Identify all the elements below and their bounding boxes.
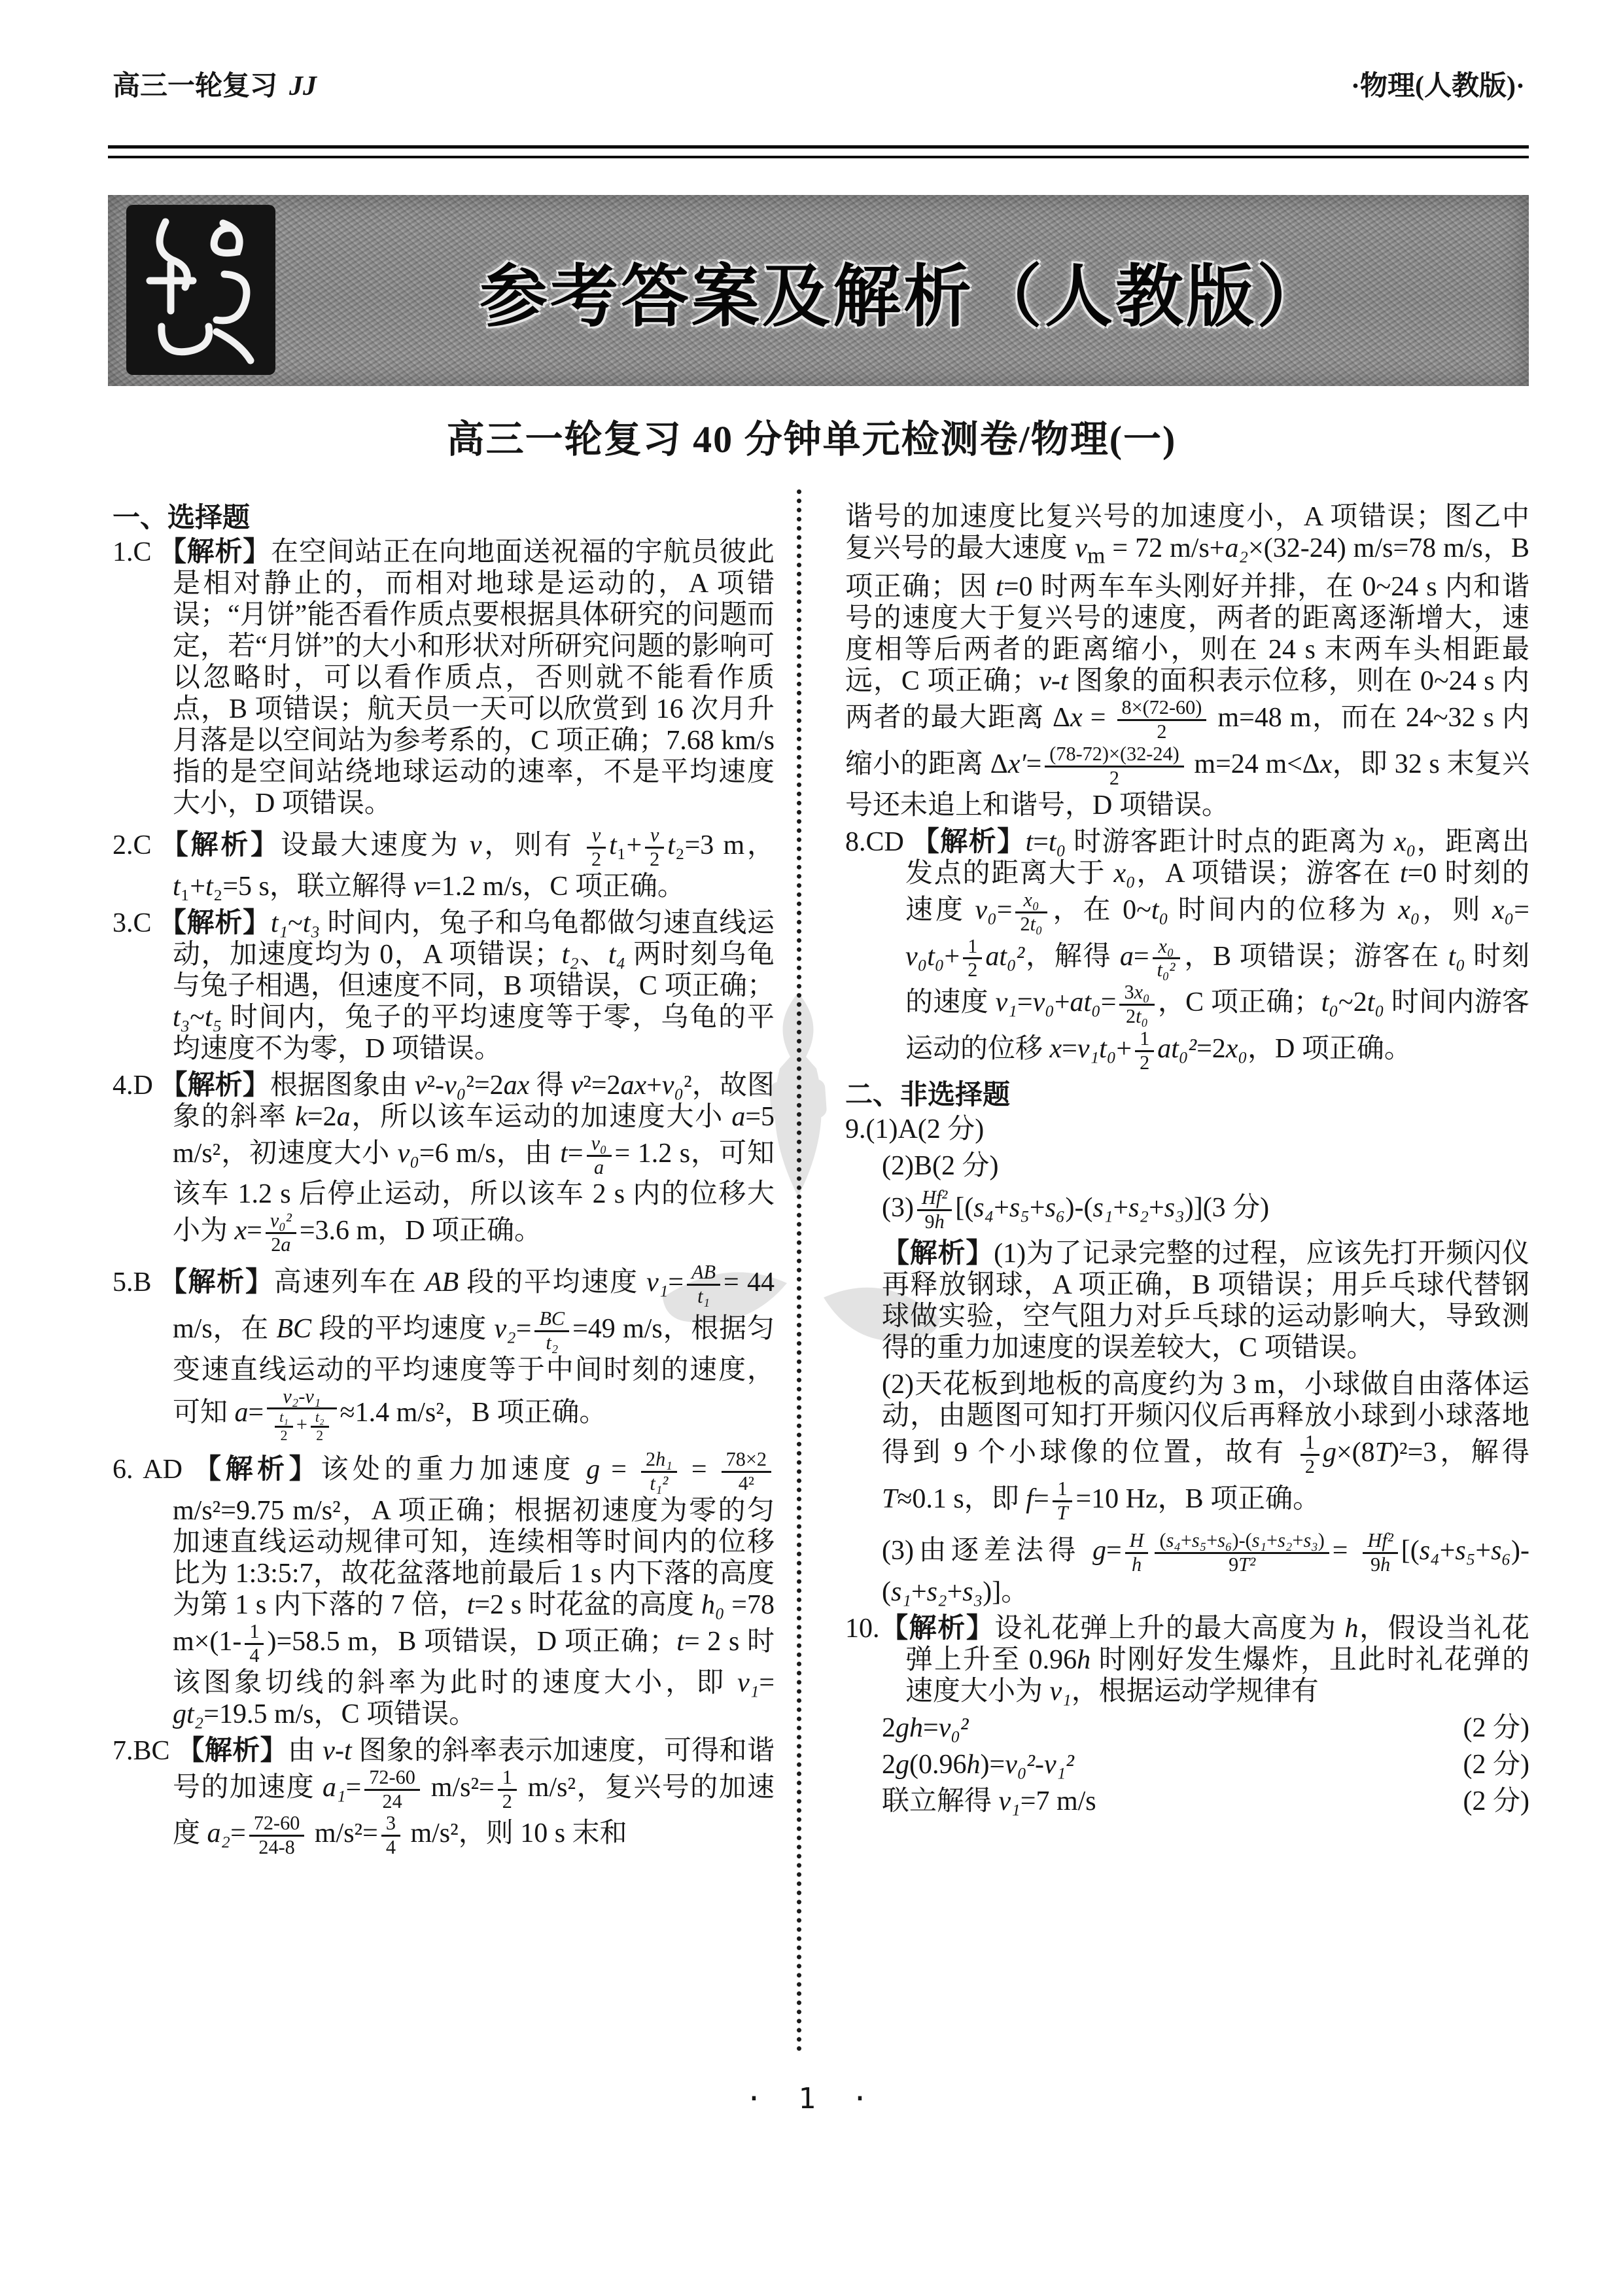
math-variable: h (967, 1750, 981, 1780)
math-variable: t₄ (608, 940, 625, 970)
math-variable: s₄ (1420, 1536, 1440, 1566)
math-fraction: 1T (1053, 1478, 1073, 1525)
math-variable: a (594, 1156, 604, 1178)
math-fraction: t₂2 (311, 1409, 329, 1443)
math-variable: T (882, 1484, 897, 1514)
math-variable: a (281, 1233, 290, 1256)
math-variable: gh (896, 1713, 923, 1743)
math-variable: t (1026, 827, 1034, 857)
math-variable: t₀ (1151, 895, 1168, 925)
math-variable: x₀ (1159, 935, 1174, 957)
answer-item-7-continued: 谐号的加速度比复兴号的加速度小，A 项错误；图乙中复兴号的最大速度 vm = 7… (845, 501, 1529, 821)
math-fraction: v₀²2a (266, 1210, 296, 1256)
math-variable: t₃ (173, 1002, 190, 1033)
math-variable: v₀ (975, 895, 997, 925)
right-column: 谐号的加速度比复兴号的加速度小，A 项错误；图乙中复兴号的最大速度 vm = 7… (845, 501, 1529, 1822)
answer-item-9-2: (2)B(2 分) (845, 1150, 1529, 1182)
math-variable: at₀² (1157, 1034, 1196, 1064)
math-variable: x₀ (1394, 827, 1416, 857)
math-variable: v (1075, 533, 1087, 563)
math-variable: t₀² (1157, 959, 1176, 981)
math-variable: v₁ (646, 1267, 668, 1298)
math-variable: T² (1238, 1553, 1255, 1576)
math-variable: x₀ (1024, 889, 1039, 911)
math-variable: s₄ (973, 1193, 994, 1223)
math-variable: v₂ (495, 1314, 516, 1344)
math-variable: x₀ (1492, 895, 1514, 925)
math-variable: v (323, 1736, 335, 1766)
math-fraction: v₀a (587, 1133, 612, 1179)
math-variable: t (1060, 666, 1068, 696)
math-variable: a₁ (323, 1773, 346, 1803)
math-variable: v₀ (398, 1139, 419, 1169)
math-variable: at₀² (985, 942, 1024, 972)
math-variable: t (676, 1627, 684, 1657)
answer-item-4: 4.D 【解析】根据图象由 v²-v₀²=2ax 得 v²=2ax+v₀²，故图… (113, 1070, 775, 1256)
math-variable: v₀ (662, 1070, 684, 1101)
explain-marker: 【解析】 (177, 1736, 288, 1766)
math-variable: ax (621, 1070, 647, 1101)
math-variable: t₀ (1321, 987, 1338, 1017)
left-column: 一、选择题1.C 【解析】在空间站正在向地面送祝福的宇航员彼此是相对静止的，而相… (113, 501, 775, 1864)
math-variable: v₀ (444, 1070, 466, 1101)
answer-item-10-eq-3: (2 分)联立解得 v₁=7 m/s (845, 1786, 1529, 1817)
math-variable: s₂ (1278, 1529, 1292, 1551)
math-variable: x (1070, 703, 1083, 733)
math-variable: ax (504, 1070, 530, 1101)
math-fraction: x₀t₀² (1153, 936, 1180, 982)
math-variable: s₁ (1252, 1529, 1266, 1551)
math-fraction: 14 (245, 1621, 264, 1667)
math-variable: s₃ (962, 1577, 983, 1607)
math-variable: a (337, 1102, 351, 1132)
math-variable: h₁ (655, 1448, 672, 1470)
math-variable: v (415, 1070, 427, 1101)
math-variable: v (571, 1070, 584, 1101)
math-variable: v₁ (1050, 1676, 1072, 1706)
math-variable: a (1120, 942, 1134, 972)
section-heading: 一、选择题 (113, 503, 775, 534)
math-fraction: Hf²9h (1363, 1530, 1397, 1576)
math-variable: a₂ (1225, 533, 1248, 563)
math-variable: T (1057, 1502, 1068, 1524)
banner-title: 参考答案及解析（人教版） (298, 195, 1509, 386)
math-variable: k (295, 1102, 307, 1132)
math-variable: t₂ (546, 1332, 558, 1354)
math-variable: h (1380, 1553, 1390, 1576)
math-fraction: x₀2t₀ (1015, 889, 1047, 936)
math-variable: v (1039, 666, 1051, 696)
math-variable: t (996, 572, 1003, 602)
answer-item-10: 10.【解析】设礼花弹上升的最大高度为 h，假设当礼花弹上升至 0.96h 时刚… (845, 1613, 1529, 1707)
math-variable: h₀ (701, 1590, 725, 1620)
page-number: · 1 · (0, 2082, 1623, 2115)
math-fraction: BCt₂ (534, 1308, 569, 1354)
math-variable: t (205, 872, 213, 902)
score-label: (2 分) (1463, 1786, 1529, 1817)
math-variable: x (235, 1216, 247, 1246)
explain-marker: 【解析】 (912, 827, 1026, 857)
answer-item-7: 7.BC 【解析】由 v-t 图象的斜率表示加速度，可得和谐号的加速度 a₁=7… (113, 1735, 775, 1859)
math-variable: h (1077, 1645, 1091, 1675)
paper-subtitle: 高三一轮复习 40 分钟单元检测卷/物理(一) (0, 408, 1623, 463)
math-fraction: 2h₁t₁² (641, 1449, 677, 1495)
math-variable: s₆ (1491, 1536, 1511, 1566)
math-variable: v₁ (305, 1385, 321, 1407)
math-variable: t₀ (1030, 913, 1043, 935)
math-variable: v₁ (996, 987, 1017, 1017)
math-fraction: (78-72)×(32-24)2 (1045, 743, 1183, 790)
answer-item-6: 6. AD 【解析】该处的重力加速度 g = 2h₁t₁² = 78×24² m… (113, 1449, 775, 1729)
math-variable: T (1375, 1438, 1390, 1468)
math-variable: v₀² (1005, 1750, 1035, 1780)
answer-item-2: 2.C 【解析】设最大速度为 v，则有 v2t₁+v2t₂=3 m，t₁+t₂=… (113, 824, 775, 902)
math-variable: t (609, 830, 617, 860)
math-variable: s₁ (1092, 1193, 1113, 1223)
math-fraction: v2 (645, 824, 664, 871)
title-banner: 参考答案及解析（人教版） (108, 195, 1529, 386)
header-left-title: 高三一轮复习 (113, 71, 277, 101)
math-variable: H (1130, 1529, 1144, 1551)
header-right: ·物理(人教版)· (1351, 64, 1525, 103)
math-variable: v₁ (737, 1668, 759, 1698)
math-variable: t₁ (279, 1409, 288, 1425)
math-fraction: 78×24² (722, 1449, 771, 1495)
explain-marker: 【解析】 (160, 1267, 274, 1298)
math-variable: t₁² (650, 1472, 668, 1494)
answer-item-1: 1.C 【解析】在空间站正在向地面送祝福的宇航员彼此是相对静止的，而相对地球是运… (113, 537, 775, 819)
column-divider (797, 489, 801, 2052)
math-variable: BC (276, 1314, 311, 1344)
math-variable: s₅ (1192, 1529, 1206, 1551)
math-variable: x₀ (1398, 895, 1420, 925)
math-variable: gt₂ (173, 1699, 203, 1729)
math-variable: v₀² (270, 1209, 292, 1231)
math-variable: s₂ (927, 1577, 947, 1607)
math-variable: x₀ (1226, 1034, 1248, 1064)
math-variable: t₀ (1367, 987, 1384, 1017)
math-fraction: 72-6024-8 (249, 1812, 305, 1859)
math-fraction: 12 (963, 936, 982, 982)
page-header: 高三一轮复习JJ ·物理(人教版)· (113, 64, 1525, 103)
math-fraction: (s₄+s₅+s₆)-(s₁+s₂+s₃)9T² (1155, 1530, 1329, 1576)
math-variable: t (1400, 858, 1408, 889)
math-variable: v₀t₀ (905, 942, 945, 972)
math-variable: t₂ (562, 940, 579, 970)
math-variable: t₃ (303, 908, 320, 938)
math-variable: x (1050, 1034, 1062, 1064)
score-label: (2 分) (1463, 1749, 1529, 1780)
math-variable: v (650, 824, 659, 846)
math-fraction: Hf²9h (917, 1187, 952, 1233)
math-fraction: 3x₀2t₀ (1119, 981, 1154, 1028)
math-variable: v₀² (939, 1713, 969, 1743)
answer-item-3: 3.C 【解析】t₁~t₃ 时间内，兔子和乌龟都做匀速直线运动，加速度均为 0，… (113, 908, 775, 1065)
math-variable: h (1132, 1553, 1142, 1576)
math-variable: at₀ (1070, 987, 1101, 1017)
math-variable: v (413, 872, 426, 902)
math-variable: s₁ (891, 1577, 911, 1607)
math-variable: f (1026, 1484, 1034, 1514)
explain-marker: 【解析】 (159, 908, 271, 938)
math-variable: h (935, 1210, 945, 1233)
math-variable: v₂ (283, 1385, 298, 1407)
math-variable: t₀ (1136, 1005, 1148, 1027)
section-heading: 二、非选择题 (845, 1080, 1529, 1111)
explain-marker: 【解析】 (159, 537, 271, 567)
answer-item-9-explain-1: 【解析】(1)为了记录完整的过程，应该先打开频闪仪再释放钢球，A 项正确，B 项… (845, 1238, 1529, 1364)
math-variable: s₅ (1455, 1536, 1475, 1566)
math-variable: AB (691, 1261, 716, 1283)
math-variable: g (586, 1455, 600, 1485)
math-fraction: 72-6024 (364, 1767, 420, 1813)
math-variable: h (1344, 1614, 1358, 1644)
math-variable: s₆ (1217, 1529, 1232, 1551)
math-variable: v₀ (591, 1132, 607, 1154)
math-variable: t (344, 1736, 352, 1766)
math-variable: v₁² (1044, 1750, 1074, 1780)
math-variable: t₁ (697, 1285, 710, 1307)
math-variable: g (1323, 1438, 1336, 1468)
score-label: (2 分) (1463, 1712, 1529, 1744)
math-variable: Hf² (922, 1186, 947, 1209)
header-double-rule (108, 145, 1529, 158)
answer-key-page: 高三一轮复习JJ ·物理(人教版)· 参考答案及解析（人教版） 高三一轮复习 4… (0, 0, 1623, 2296)
answer-item-9-explain-3: (3)由逐差法得 g=Hh(s₄+s₅+s₆)-(s₁+s₂+s₃)9T²= H… (845, 1530, 1529, 1608)
answer-item-9-explain-2: (2)天花板到地板的高度约为 3 m，小球做自由落体运动，由题图可知打开频闪仪后… (845, 1369, 1529, 1524)
math-variable: v₁t₀ (1077, 1034, 1117, 1064)
math-fraction: 8×(72-60)2 (1117, 697, 1207, 743)
math-fraction: 12 (1300, 1432, 1319, 1478)
math-variable: s₅ (1009, 1193, 1030, 1223)
math-variable: s₄ (1166, 1529, 1181, 1551)
math-variable: a (235, 1398, 249, 1428)
math-variable: x₀ (1134, 981, 1150, 1003)
math-variable: v (592, 824, 601, 846)
explain-marker: 【解析】 (880, 1614, 995, 1644)
answer-item-9-3: (3)Hf²9h[(s₄+s₅+s₆)-(s₁+s₂+s₃)](3 分) (845, 1187, 1529, 1233)
math-variable: a (731, 1102, 745, 1132)
header-left: 高三一轮复习JJ (113, 64, 317, 103)
math-variable: t (560, 1139, 568, 1169)
math-variable: t₁ (271, 908, 288, 938)
math-variable: t₀ (1049, 827, 1066, 857)
math-variable: s₂ (1128, 1193, 1149, 1223)
math-variable: t (467, 1590, 475, 1620)
math-variable: v₀ (1033, 987, 1055, 1017)
math-variable: v (470, 830, 482, 860)
math-variable: t₂ (315, 1409, 324, 1425)
math-variable: x (1320, 749, 1333, 779)
explain-marker: 【解析】 (161, 830, 281, 860)
math-fraction: Hh (1125, 1530, 1149, 1576)
math-variable: t (667, 830, 675, 860)
math-variable: t₅ (205, 1002, 222, 1033)
math-variable: s₃ (1303, 1529, 1318, 1551)
answer-item-9-1: 9.(1)A(2 分) (845, 1114, 1529, 1145)
math-variable: g (896, 1750, 909, 1780)
math-variable: t (173, 872, 181, 902)
math-variable: g (1092, 1536, 1106, 1566)
seal-stamp-graphic (125, 203, 277, 376)
answer-item-10-eq-2: (2 分)2g(0.96h)=v₀²-v₁² (845, 1749, 1529, 1780)
math-variable: s₃ (1164, 1193, 1185, 1223)
math-variable: v₁ (999, 1786, 1021, 1816)
header-left-mark: JJ (289, 71, 317, 101)
math-fraction: 12 (1135, 1028, 1154, 1074)
answer-item-8: 8.CD 【解析】t=t₀ 时游客距计时点的距离为 x₀，距离出发点的距离大于 … (845, 826, 1529, 1074)
explain-marker: 【解析】 (194, 1455, 321, 1485)
math-variable: Hf² (1367, 1529, 1393, 1551)
math-fraction: ABt₁ (687, 1262, 720, 1308)
answer-item-10-eq-1: (2 分)2gh=v₀² (845, 1712, 1529, 1744)
math-variable: a₂ (207, 1818, 231, 1848)
math-fraction: v₂-v₁t₁2+t₂2 (267, 1386, 336, 1444)
math-fraction: 12 (498, 1767, 517, 1813)
answer-item-5: 5.B 【解析】高速列车在 AB 段的平均速度 v₁=ABt₁= 44 m/s，… (113, 1262, 775, 1443)
math-variable: x₀ (1113, 858, 1135, 889)
math-variable: x′ (1008, 749, 1026, 779)
math-fraction: 34 (381, 1812, 400, 1859)
explain-marker: 【解析】 (160, 1070, 270, 1101)
math-variable: BC (539, 1307, 565, 1330)
math-variable: s₆ (1045, 1193, 1066, 1223)
math-variable: AB (425, 1267, 459, 1298)
explain-marker: 【解析】 (882, 1239, 994, 1269)
math-variable: t₀ (1448, 942, 1465, 972)
math-fraction: v2 (587, 824, 606, 871)
math-fraction: t₁2 (275, 1409, 293, 1443)
